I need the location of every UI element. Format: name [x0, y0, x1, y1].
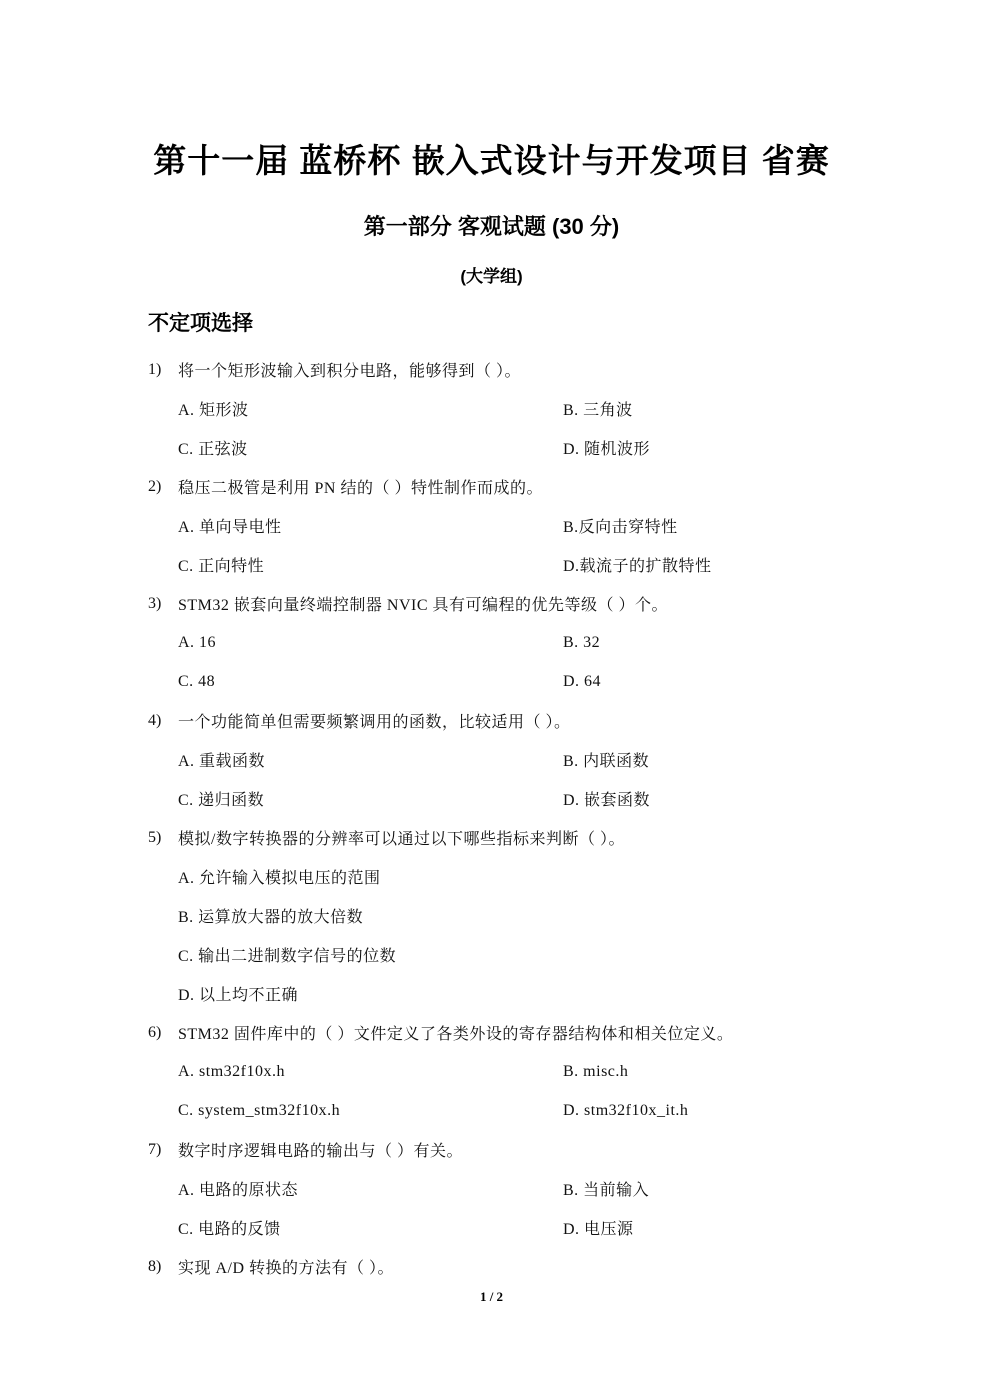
question-1: 1) 将一个矩形波输入到积分电路，能够得到（ ）。	[148, 350, 853, 389]
option-row: C. 正弦波 D. 随机波形	[148, 428, 853, 467]
option-row: A. 重载函数 B. 内联函数	[148, 740, 853, 779]
option-row: B. 运算放大器的放大倍数	[148, 896, 853, 935]
question-number: 3)	[148, 595, 178, 613]
option-row: A. 单向导电性 B.反向击穿特性	[148, 506, 853, 545]
option-row: C. 输出二进制数字信号的位数	[148, 935, 853, 974]
exam-document-page: { "header": { "title": "第十一届 蓝桥杯 嵌入式设计与开…	[0, 0, 983, 1398]
option-a: A. 允许输入模拟电压的范围	[178, 865, 853, 888]
question-4: 4) 一个功能简单但需要频繁调用的函数，比较适用（ ）。	[148, 701, 853, 740]
question-number: 5)	[148, 829, 178, 847]
option-a: A. 电路的原状态	[178, 1177, 563, 1200]
question-stem: STM32 嵌套向量终端控制器 NVIC 具有可编程的优先等级（ ）个。	[178, 592, 853, 615]
question-3: 3) STM32 嵌套向量终端控制器 NVIC 具有可编程的优先等级（ ）个。	[148, 584, 853, 623]
option-b: B. 内联函数	[563, 748, 853, 771]
option-row: A. 电路的原状态 B. 当前输入	[148, 1169, 853, 1208]
question-stem: 实现 A/D 转换的方法有（ ）。	[178, 1255, 853, 1278]
group-heading: (大学组)	[0, 264, 983, 290]
option-row: C. 正向特性 D.载流子的扩散特性	[148, 545, 853, 584]
option-c: C. 输出二进制数字信号的位数	[178, 943, 853, 966]
option-b: B. 当前输入	[563, 1177, 853, 1200]
question-2: 2) 稳压二极管是利用 PN 结的（ ）特性制作而成的。	[148, 467, 853, 506]
option-c: C. 递归函数	[178, 787, 563, 810]
question-number: 4)	[148, 712, 178, 730]
question-stem: 一个功能简单但需要频繁调用的函数，比较适用（ ）。	[178, 709, 853, 732]
option-b: B. 三角波	[563, 397, 853, 420]
option-d: D. 以上均不正确	[178, 982, 853, 1005]
option-row: C. system_stm32f10x.h D. stm32f10x_it.h	[148, 1091, 853, 1130]
option-row: C. 递归函数 D. 嵌套函数	[148, 779, 853, 818]
option-row: A. stm32f10x.h B. misc.h	[148, 1052, 853, 1091]
option-a: A. stm32f10x.h	[178, 1063, 563, 1081]
question-7: 7) 数字时序逻辑电路的输出与（ ）有关。	[148, 1130, 853, 1169]
option-a: A. 矩形波	[178, 397, 563, 420]
option-c: C. 正弦波	[178, 436, 563, 459]
part-heading: 第一部分 客观试题 (30 分)	[0, 212, 983, 242]
option-b: B. 32	[563, 634, 853, 652]
option-c: C. 电路的反馈	[178, 1216, 563, 1239]
question-stem: 数字时序逻辑电路的输出与（ ）有关。	[178, 1138, 853, 1161]
question-number: 7)	[148, 1141, 178, 1159]
question-number: 6)	[148, 1024, 178, 1042]
option-row: A. 16 B. 32	[148, 623, 853, 662]
option-c: C. 正向特性	[178, 553, 563, 576]
option-row: C. 48 D. 64	[148, 662, 853, 701]
question-stem: 稳压二极管是利用 PN 结的（ ）特性制作而成的。	[178, 475, 853, 498]
page-title: 第十一届 蓝桥杯 嵌入式设计与开发项目 省赛	[0, 0, 983, 184]
option-d: D. 64	[563, 673, 853, 691]
option-d: D. stm32f10x_it.h	[563, 1102, 853, 1120]
option-d: D. 随机波形	[563, 436, 853, 459]
option-b: B.反向击穿特性	[563, 514, 853, 537]
question-8: 8) 实现 A/D 转换的方法有（ ）。	[148, 1247, 853, 1286]
option-b: B. 运算放大器的放大倍数	[178, 904, 853, 927]
question-stem: 模拟/数字转换器的分辨率可以通过以下哪些指标来判断（ ）。	[178, 826, 853, 849]
option-a: A. 重载函数	[178, 748, 563, 771]
question-list: 1) 将一个矩形波输入到积分电路，能够得到（ ）。 A. 矩形波 B. 三角波 …	[148, 350, 853, 1286]
option-d: D. 嵌套函数	[563, 787, 853, 810]
option-row: A. 矩形波 B. 三角波	[148, 389, 853, 428]
option-a: A. 单向导电性	[178, 514, 563, 537]
question-number: 8)	[148, 1258, 178, 1276]
question-6: 6) STM32 固件库中的（ ）文件定义了各类外设的寄存器结构体和相关位定义。	[148, 1013, 853, 1052]
option-d: D. 电压源	[563, 1216, 853, 1239]
question-stem: 将一个矩形波输入到积分电路，能够得到（ ）。	[178, 358, 853, 381]
option-b: B. misc.h	[563, 1063, 853, 1081]
option-a: A. 16	[178, 634, 563, 652]
question-number: 1)	[148, 361, 178, 379]
question-stem: STM32 固件库中的（ ）文件定义了各类外设的寄存器结构体和相关位定义。	[178, 1021, 853, 1044]
question-number: 2)	[148, 478, 178, 496]
option-row: D. 以上均不正确	[148, 974, 853, 1013]
page-number: 1 / 2	[0, 1289, 983, 1305]
section-heading: 不定项选择	[148, 310, 983, 338]
option-row: A. 允许输入模拟电压的范围	[148, 857, 853, 896]
option-d: D.载流子的扩散特性	[563, 553, 853, 576]
option-row: C. 电路的反馈 D. 电压源	[148, 1208, 853, 1247]
option-c: C. system_stm32f10x.h	[178, 1102, 563, 1120]
question-5: 5) 模拟/数字转换器的分辨率可以通过以下哪些指标来判断（ ）。	[148, 818, 853, 857]
option-c: C. 48	[178, 673, 563, 691]
